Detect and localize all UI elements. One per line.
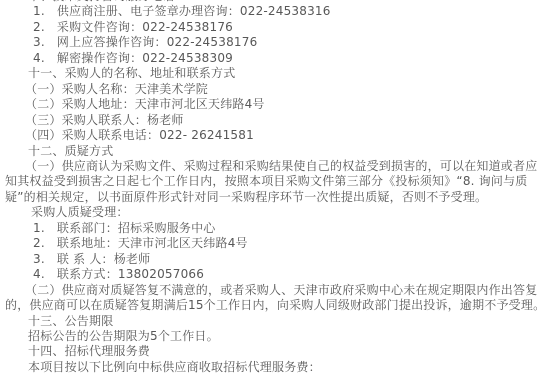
hotline-item-procurement-docs: 2. 采购文件咨询：022-24538176 (0, 20, 553, 35)
challenge-para-1-line-2: 知其权益受到损害之日起七个工作日内，按照本项目采购文件第三部分《投标须知》“8.… (0, 174, 553, 189)
purchaser-address-line: （二）采购人地址：天津市河北区天纬路4号 (0, 97, 553, 112)
section-13-heading: 十三、公告期限 (0, 314, 553, 329)
hotline-item-online-response: 3. 网上应答操作咨询：022-24538176 (0, 35, 553, 50)
challenge-para-2-line-1: （二）供应商对质疑答复不满意的，或者采购人、天津市政府采购中心未在规定期限内作出… (0, 283, 553, 298)
hotline-item-supplier-register: 1. 供应商注册、电子签章办理咨询：022-24538316 (0, 4, 553, 19)
section-11-heading: 十一、采购人的名称、地址和联系方式 (0, 66, 553, 81)
purchaser-contact-line: （三）采购人联系人：杨老师 (0, 113, 553, 128)
section-14-heading: 十四、招标代理服务费 (0, 344, 553, 359)
hotline-item-decryption: 4. 解密操作咨询：022-24538309 (0, 51, 553, 66)
challenge-contact-phone: 4. 联系方式：13802057066 (0, 267, 553, 282)
purchaser-phone-line: （四）采购人联系电话：022- 26241581 (0, 128, 553, 143)
challenge-para-1-line-3: 疑”的相关规定，以书面原件形式针对同一采购程序环节一次性提出质疑，否则不予受理。 (0, 190, 553, 205)
challenge-contact-person: 3. 联 系 人：杨老师 (0, 252, 553, 267)
purchaser-name-line: （一）采购人名称：天津美术学院 (0, 82, 553, 97)
agency-fee-line: 本项目按以下比例向中标供应商收取招标代理服务费： (0, 360, 553, 375)
challenge-para-1-line-1: （一）供应商认为采购文件、采购过程和采购结果使自己的权益受到损害的，可以在知道或… (0, 159, 553, 174)
challenge-contact-dept: 1. 联系部门：招标采购服务中心 (0, 221, 553, 236)
challenge-contact-address: 2. 联系地址：天津市河北区天纬路4号 (0, 236, 553, 251)
challenge-para-2-line-2: 的，供应商可以在质疑答复期满后15个工作日内，向采购人同级财政部门提出投诉，逾期… (0, 298, 553, 313)
section-12-heading: 十二、质疑方式 (0, 144, 553, 159)
announcement-period-line: 招标公告的公告期限为5个工作日。 (0, 329, 553, 344)
document-page: 十、技术支持咨询服务电话： 1. 供应商注册、电子签章办理咨询：022-2453… (0, 0, 553, 375)
challenge-acceptance-label: 采购人质疑受理： (0, 205, 553, 220)
